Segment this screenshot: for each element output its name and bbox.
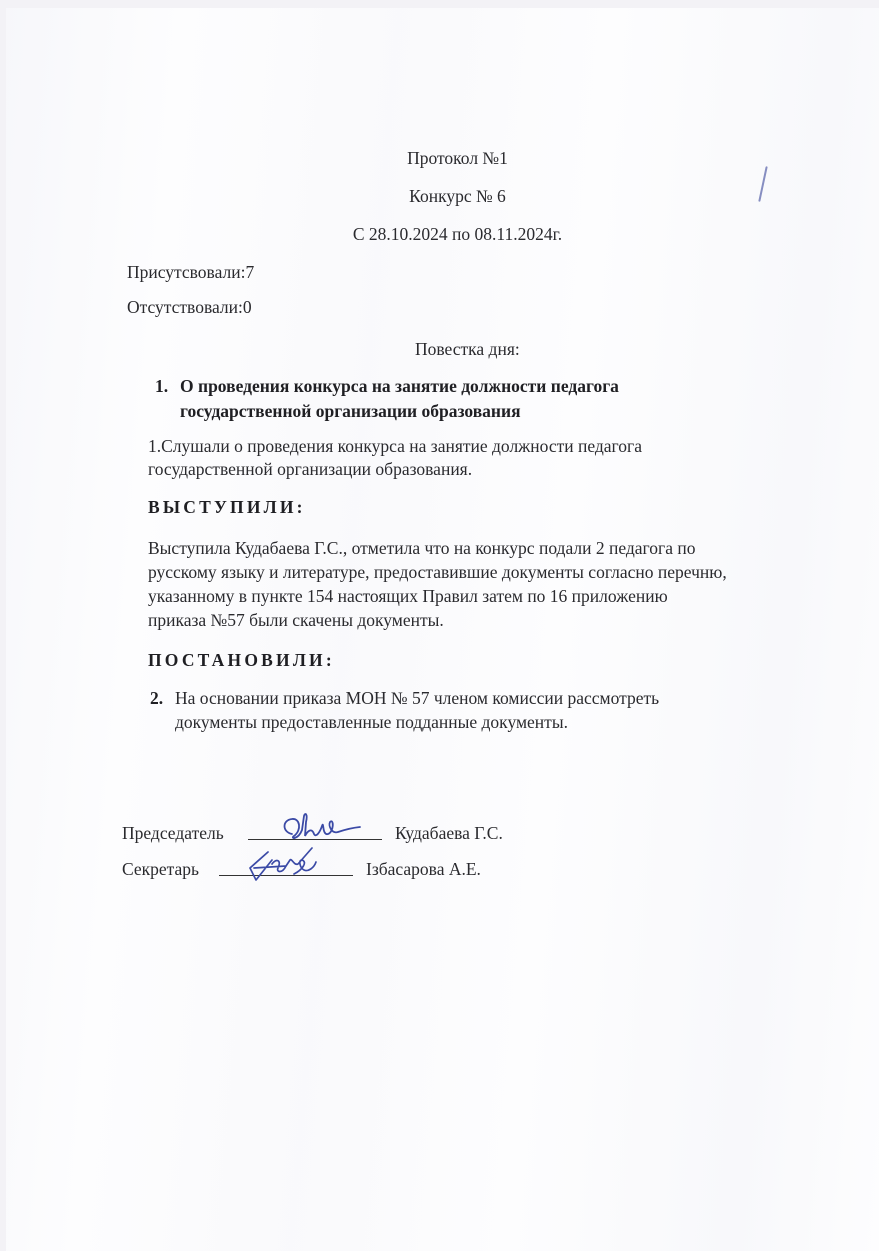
heard-line-1: 1.Слушали о проведения конкурса на занят… [148, 434, 642, 458]
spoke-line-2: русскому языку и литературе, предоставив… [148, 560, 727, 584]
document-page: Протокол №1 Конкурс № 6 С 28.10.2024 по … [6, 8, 879, 1251]
contest-number: Конкурс № 6 [6, 185, 879, 207]
agenda-item-line-1: О проведения конкурса на занятие должнос… [180, 374, 619, 398]
agenda-item-number: 1. [155, 374, 168, 398]
attendance-present: Присутсвовали:7 [127, 261, 254, 283]
secretary-role: Секретарь [122, 858, 199, 880]
spoke-line-1: Выступила Кудабаева Г.С., отметила что н… [148, 536, 695, 560]
resolved-item-number: 2. [150, 686, 163, 710]
secretary-name: Ізбасарова А.Е. [366, 858, 481, 880]
spoke-line-4: приказа №57 были скачены документы. [148, 608, 444, 632]
spoke-line-3: указанному в пункте 154 настоящих Правил… [148, 584, 668, 608]
protocol-title: Протокол №1 [6, 147, 879, 169]
chairman-role: Председатель [122, 822, 224, 844]
agenda-heading: Повестка дня: [415, 338, 520, 360]
heard-line-2: государственной организации образования. [148, 457, 472, 481]
resolved-item-line-1: На основании приказа МОН № 57 членом ком… [175, 686, 659, 710]
agenda-item-line-2: государственной организации образования [180, 399, 521, 423]
secretary-signature-icon [242, 840, 332, 884]
attendance-absent: Отсутствовали:0 [127, 296, 252, 318]
resolved-heading: ПОСТАНОВИЛИ: [148, 648, 335, 672]
contest-period: С 28.10.2024 по 08.11.2024г. [6, 223, 879, 245]
spoke-heading: ВЫСТУПИЛИ: [148, 495, 306, 519]
chairman-name: Кудабаева Г.С. [395, 822, 503, 844]
resolved-item-line-2: документы предоставленные подданные доку… [175, 710, 568, 734]
